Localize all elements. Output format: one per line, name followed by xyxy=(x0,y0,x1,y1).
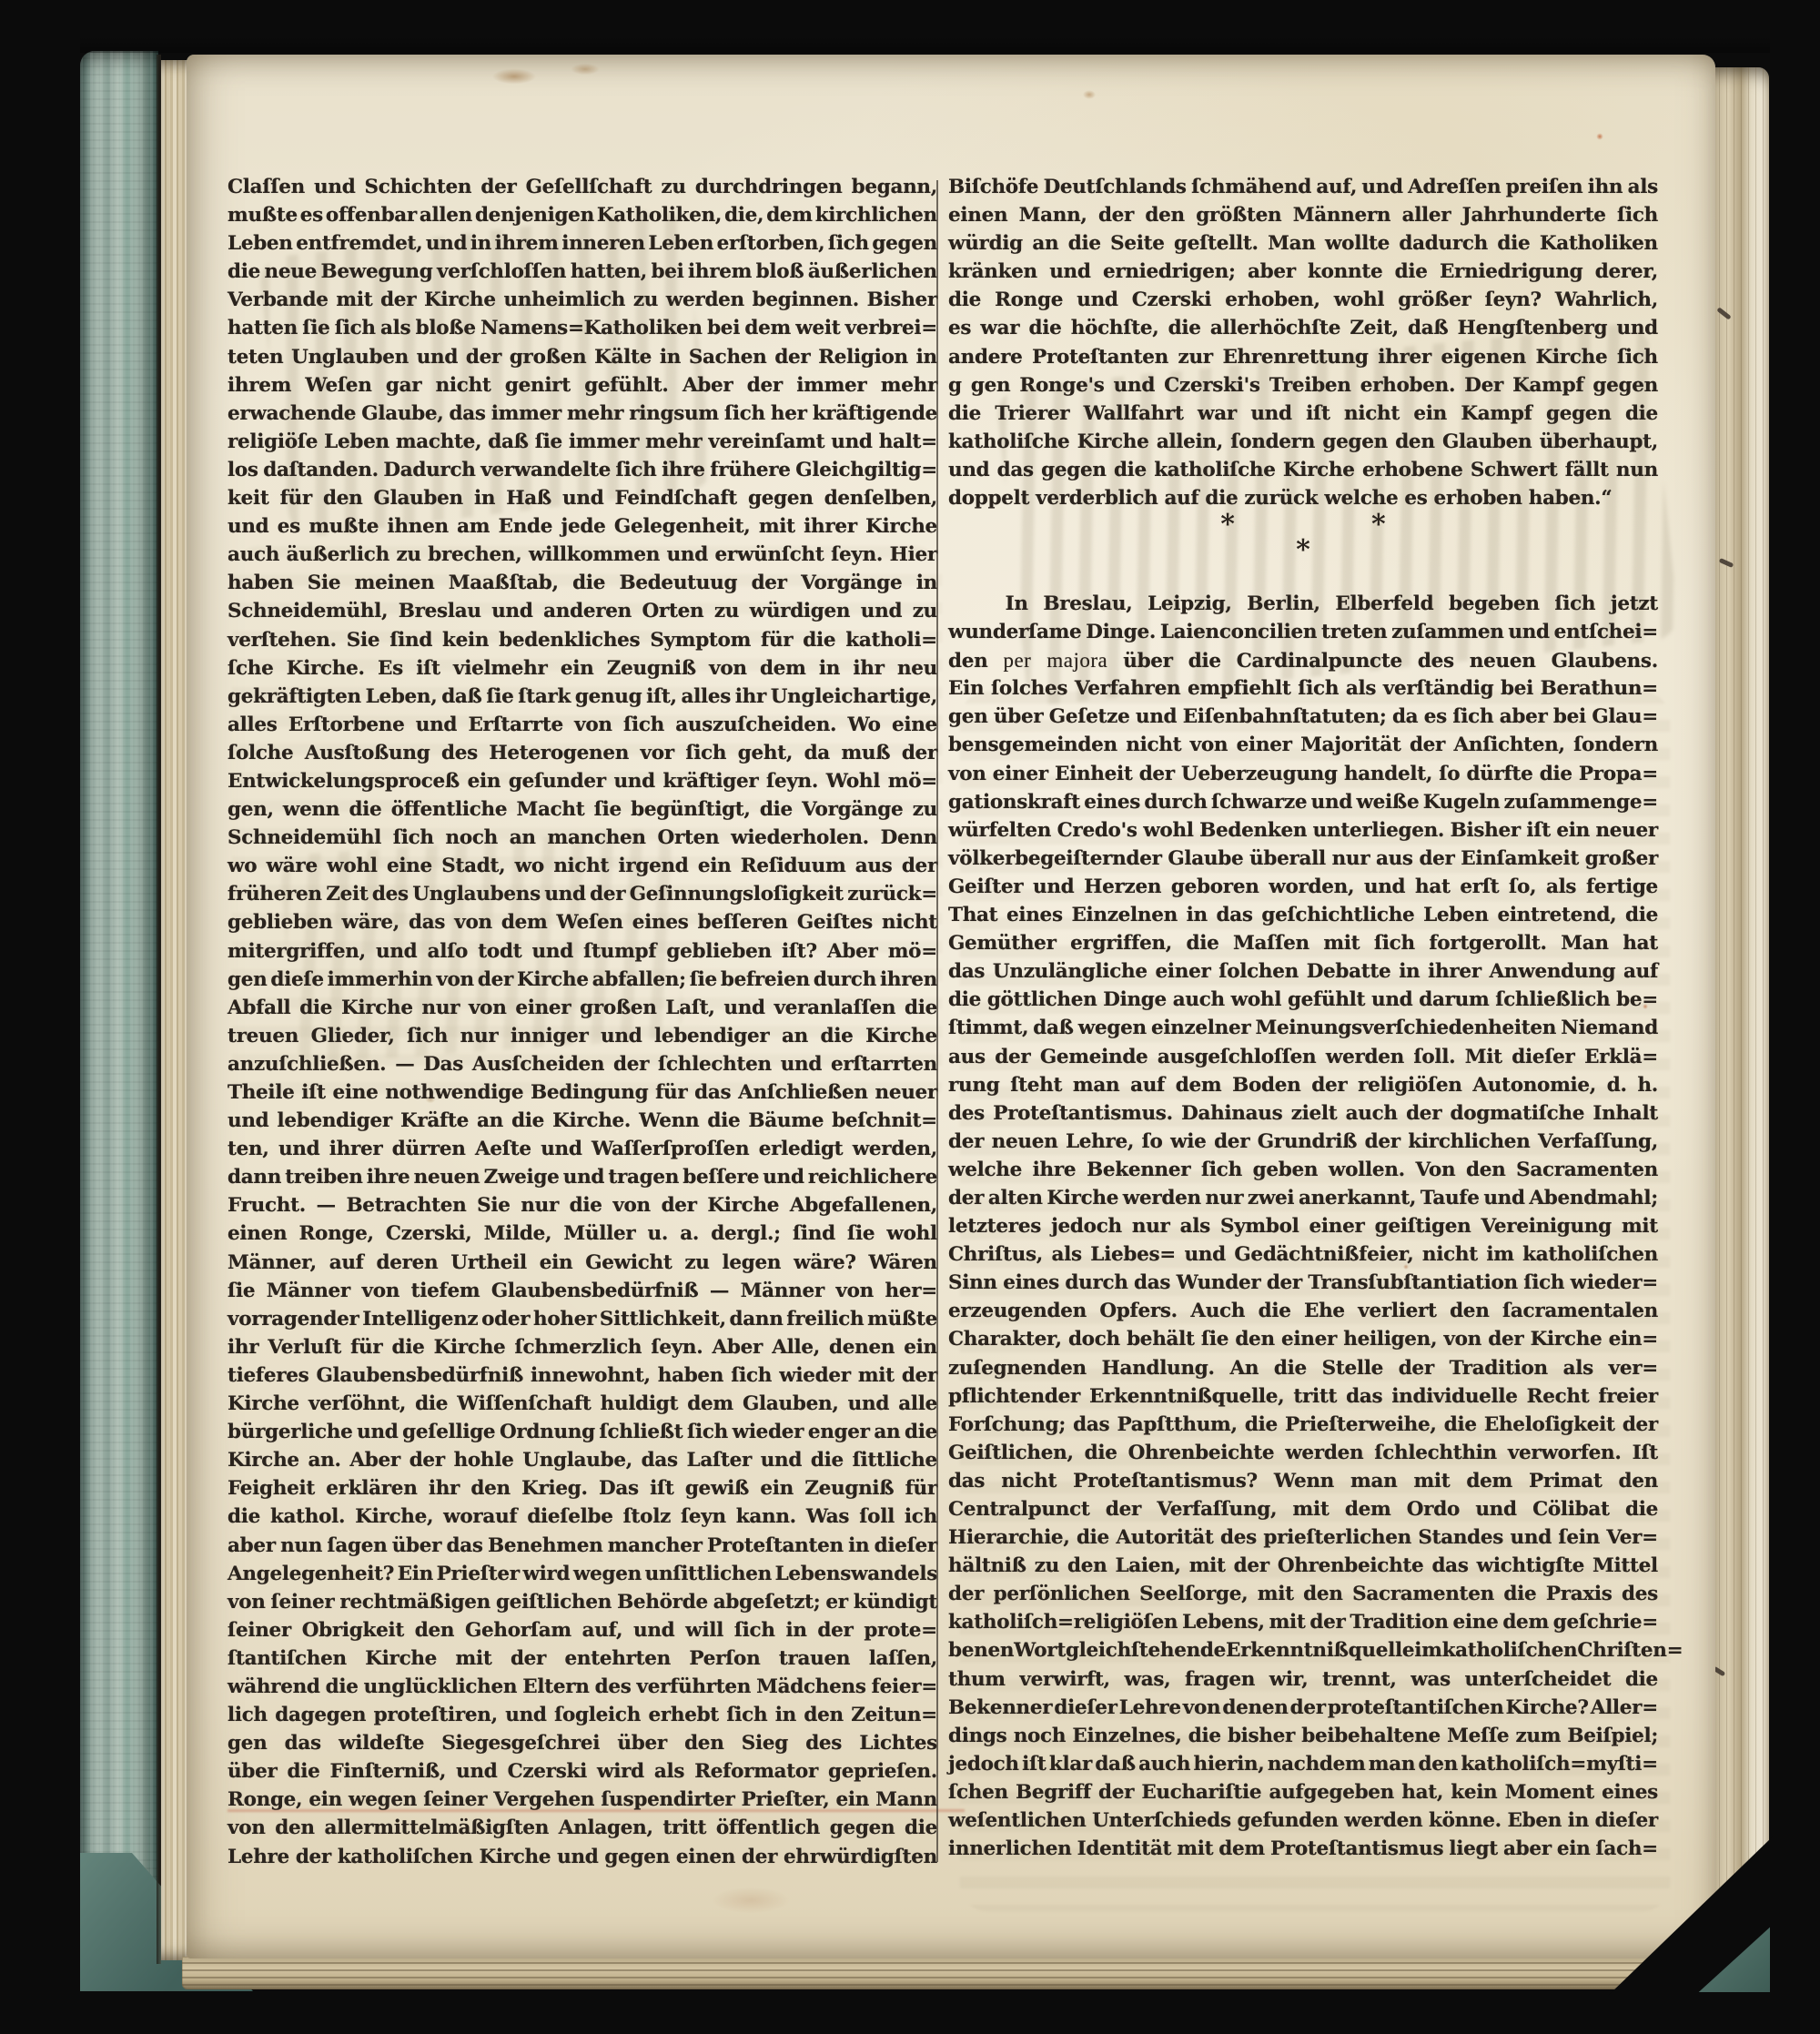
text-line: ſtimmt,daßwegeneinzelnerMeinungsverſchie… xyxy=(948,1014,1658,1042)
column-divider-rule xyxy=(936,180,938,1862)
text-line: derperſönlichenSeelſorge,mitdenSacrament… xyxy=(948,1580,1658,1608)
text-line: VerbandemitderKircheunheimlichzuwerdenbe… xyxy=(227,286,937,314)
text-line: doppeltverderblichaufdiezurückwelcheeser… xyxy=(948,484,1658,512)
text-line: mußteesoffenbarallendenjenigenKatholiken… xyxy=(227,201,937,229)
text-line: thumverwirft,was,fragenwir,trennt,wasunt… xyxy=(948,1665,1658,1694)
text-line: ihrVerluſtfürdieKircheſchmerzlichſeyn.Ab… xyxy=(227,1333,937,1361)
book-bottom-page-block xyxy=(182,1957,1740,1989)
text-line: allesErſtorbeneundErſtarrtevonſichauszuſ… xyxy=(227,711,937,739)
text-line: völkerbegeiſternderGlaubeüberallnurausde… xyxy=(948,845,1658,873)
text-line: diekathol.Kirche,woraufdieſelbeſtolzſeyn… xyxy=(227,1503,937,1531)
page-top-shadow xyxy=(80,36,1770,53)
text-line: Kirchean.AberderhohleUnglaube,dasLaſteru… xyxy=(227,1446,937,1474)
text-line: letzteresjedochnuralsSymboleinergeiſtige… xyxy=(948,1212,1658,1240)
text-line: unddasgegendiekatholiſcheKircheerhobeneS… xyxy=(948,456,1658,484)
text-line: Ronge,einwegenſeinerVergehenſuspendirter… xyxy=(227,1786,937,1814)
text-line: erzeugendenOpfers.AuchdieEheverliertdenſ… xyxy=(948,1297,1658,1325)
text-line: wowärewohleineStadt,wonichtirgendeinReſi… xyxy=(227,852,937,880)
text-line: bensgemeindennichtvoneinerMajoritätderAn… xyxy=(948,731,1658,759)
text-line: undlebendigerKräfteandieKirche.WenndieBä… xyxy=(227,1107,937,1135)
text-line: Hierarchie,dieAutoritätdesprieſterlichen… xyxy=(948,1523,1658,1552)
text-line: weſentlichenUnterſchiedsgefundenwerdenkö… xyxy=(948,1806,1658,1835)
text-line: zuſegnendenHandlung.AndieStellederTradit… xyxy=(948,1354,1658,1382)
text-line: Geiſtlichen,dieOhrenbeichtewerdenſchlech… xyxy=(948,1439,1658,1467)
text-line: pflichtenderErkenntnißquelle,trittdasind… xyxy=(948,1382,1658,1411)
text-line: Schneidemühl,BreslauundanderenOrtenzuwür… xyxy=(227,597,937,625)
text-line: ſcheKirche.EsiſtvielmehreinZeugnißvondem… xyxy=(227,654,937,683)
text-line: andereProteſtantenzurEhrenrettungihrerei… xyxy=(948,343,1658,371)
text-line: Männer,aufderenUrtheileinGewichtzulegenw… xyxy=(227,1249,937,1277)
text-line: welcheihreBekennerſichgebenwollen.Vonden… xyxy=(948,1156,1658,1184)
text-line: innerlichenIdentitätmitdemProteſtantismu… xyxy=(948,1835,1658,1863)
text-line: währenddieunglücklichenElterndesverführt… xyxy=(227,1673,937,1701)
text-line: BiſchöfeDeutſchlandsſchmähendauf,undAdre… xyxy=(948,173,1658,201)
text-line: diegöttlichenDingeauchwohlgefühltunddaru… xyxy=(948,986,1658,1014)
text-line: benenWortgleichſtehendeErkenntnißquellei… xyxy=(948,1636,1658,1665)
text-line: ſieMännervontiefemGlaubensbedürfniß—Männ… xyxy=(227,1277,937,1305)
text-line: undesmußteihnenamEndejedeGelegenheit,mit… xyxy=(227,512,937,541)
text-line: derneuenLehre,ſowiederGrundrißderkirchli… xyxy=(948,1128,1658,1156)
text-line: dasnichtProteſtantismus?WennmanmitdemPri… xyxy=(948,1467,1658,1495)
text-line: ggenRonge'sundCzerski'sTreibenerhoben.De… xyxy=(948,371,1658,400)
text-line: hattenſieſichalsbloßeNamens=Katholikenbe… xyxy=(227,314,937,342)
text-line: früherenZeitdesUnglaubensundderGeſinnung… xyxy=(227,880,937,908)
text-line: einenRonge,Czerski,Milde,Mülleru.a.dergl… xyxy=(227,1219,937,1248)
text-line: dasUnzulänglicheeinerſolchenDebatteinihr… xyxy=(948,957,1658,986)
text-line: voneinerEinheitderUeberzeugunghandelt,ſo… xyxy=(948,760,1658,788)
text-line: dieneueBewegungverſchloſſenhatten,beiihr… xyxy=(227,258,937,286)
text-line: ihremWeſengarnichtgenirtgefühlt.Aberderi… xyxy=(227,371,937,400)
text-line: ten,undihrerdürrenAeſteundWaſſerſproſſen… xyxy=(227,1135,937,1163)
text-line: gationskrafteinesdurchſchwarzeundweißeKu… xyxy=(948,788,1658,816)
text-line: FeigheiterklärenihrdenKrieg.Dasiſtgewiße… xyxy=(227,1474,937,1503)
text-line: anzuſchließen.—DasAusſcheidenderſchlecht… xyxy=(227,1050,937,1078)
text-line: würdigandieSeitegeſtellt.Manwolltedadurc… xyxy=(948,229,1658,258)
text-line: erwachendeGlaube,dasimmermehrringsumſich… xyxy=(227,400,937,428)
text-line: auchäußerlichzubrechen,willkommenunderwü… xyxy=(227,541,937,569)
text-line: BekennerdieſerLehrevondenenderproteſtant… xyxy=(948,1694,1658,1722)
text-line: ſolcheAusſtoßungdesHeterogenenvorſichgeh… xyxy=(227,739,937,767)
text-line: vorragenderIntelligenzoderhoherSittlichk… xyxy=(227,1305,937,1333)
text-line: lichdagegenproteſtiren,undſogleicherhebt… xyxy=(227,1701,937,1729)
text-line: ſtantiſchenKirchemitderentehrtenPerſontr… xyxy=(227,1644,937,1673)
text-line: jedochiſtklardaßauchhierin,nachdemmanden… xyxy=(948,1750,1658,1778)
text-line: Frucht.—BetrachtenSienurdievonderKircheA… xyxy=(227,1191,937,1219)
text-line: habenSiemeinenMaaßſtab,dieBedeutuugderVo… xyxy=(227,569,937,597)
text-line: SchneidemühlſichnochanmanchenOrtenwieder… xyxy=(227,824,937,852)
text-line: rungſtehtmanaufdemBodenderreligiöſenAuto… xyxy=(948,1071,1658,1099)
text-line: gendieſeimmerhinvonderKircheabfallen;ſie… xyxy=(227,966,937,994)
text-line: wunderſameDinge.Laienconcilientretenzuſa… xyxy=(948,618,1658,646)
text-line: genüberGeſetzeundEiſenbahnſtatuten;daesſ… xyxy=(948,703,1658,731)
text-line: Entwickelungsproceßeingeſunderundkräftig… xyxy=(227,767,937,795)
text-line: mitergriffen,undalſotodtundſtumpfgeblieb… xyxy=(227,937,937,966)
text-line: desProteſtantismus.Dahinauszieltauchderd… xyxy=(948,1099,1658,1128)
text-line: Lebenentfremdet,undinihreminnerenLebener… xyxy=(227,229,937,258)
text-line: ThateinesEinzelnenindasgeſchichtlicheLeb… xyxy=(948,901,1658,929)
text-line: verſtehen.SieſindkeinbedenklichesSymptom… xyxy=(227,626,937,654)
text-line: eswardiehöchſte,dieallerhöchſteZeit,daßH… xyxy=(948,314,1658,342)
text-line: EinſolchesVerfahrenempfiehltſichalsverſt… xyxy=(948,674,1658,703)
text-line: dieRongeundCzerskierhoben,wohlgrößerſeyn… xyxy=(948,286,1658,314)
text-line: gebliebenwäre,dasvondemWeſeneinesbeſſere… xyxy=(227,908,937,936)
text-line: tieferesGlaubensbedürfnißinnewohnt,haben… xyxy=(227,1361,937,1390)
text-line: deraltenKirchewerdennurzweianerkannt,Tau… xyxy=(948,1184,1658,1212)
text-line: Chriſtus,alsLiebes=undGedächtnißfeier,ni… xyxy=(948,1240,1658,1269)
asterisk-section-divider: * * * xyxy=(948,510,1658,582)
text-line: Angelegenheit?EinPrieſterwirdwegenunſitt… xyxy=(227,1560,937,1588)
text-line: keitfürdenGlaubeninHaßundFeindſchaftgege… xyxy=(227,484,937,512)
text-line: würfeltenCredo'swohlBedenkenunterliegen.… xyxy=(948,816,1658,845)
text-line: gen,wenndieöffentlicheMachtſiebegünſtigt… xyxy=(227,795,937,824)
text-line: Gemütherergriffen,dieMaſſenmitſichfortge… xyxy=(948,929,1658,957)
text-line: TheileiſteinenothwendigeBedingungfürdasA… xyxy=(227,1078,937,1107)
text-line: dingsnochEinzelnes,diebisherbeibehaltene… xyxy=(948,1722,1658,1750)
scanned-book-page: ClaſſenundSchichtenderGeſellſchaftzudurc… xyxy=(0,0,1820,2034)
spine-cloth-texture xyxy=(80,51,158,1968)
text-line: überdieFinſterniß,undCzerskiwirdalsRefor… xyxy=(227,1757,937,1786)
text-line: gendaswildeſteSiegesgeſchreiüberdenSiegd… xyxy=(227,1729,937,1757)
asterisk: * xyxy=(1371,510,1386,541)
asterisk: * xyxy=(1296,534,1310,566)
left-text-column: ClaſſenundSchichtenderGeſellſchaftzudurc… xyxy=(227,173,937,1871)
text-line: einenMann,derdengrößtenMännernallerJahrh… xyxy=(948,201,1658,229)
text-line: InBreslau,Leipzig,Berlin,Elberfeldbegebe… xyxy=(948,590,1658,618)
text-line: katholiſch=religiöſenLebens,mitderTradit… xyxy=(948,1608,1658,1636)
text-line: religiöſeLebenmachte,daßſieimmermehrvere… xyxy=(227,428,937,456)
text-line: ClaſſenundSchichtenderGeſellſchaftzudurc… xyxy=(227,173,937,201)
text-line: gekräftigtenLeben,daßſieſtarkgenugiſt,al… xyxy=(227,683,937,711)
text-line: SinneinesdurchdasWunderderTransſubſtanti… xyxy=(948,1269,1658,1297)
text-line: ausderGemeindeausgeſchloſſenwerdenſoll.M… xyxy=(948,1043,1658,1071)
bottom-page-edge-lines xyxy=(182,1957,1740,1989)
text-line: treuenGlieder,ſichnurinnigerundlebendige… xyxy=(227,1022,937,1050)
text-line: ſchenBegriffderEuchariſtieaufgegebenhat,… xyxy=(948,1778,1658,1806)
right-text-column-paragraph-2: InBreslau,Leipzig,Berlin,Elberfeldbegebe… xyxy=(948,590,1658,1863)
asterisk: * xyxy=(1220,510,1235,541)
right-text-column-paragraph-1: BiſchöfeDeutſchlandsſchmähendauf,undAdre… xyxy=(948,173,1658,512)
text-line: Forſchung;dasPapſtthum,diePrieſterweihe,… xyxy=(948,1411,1658,1439)
text-line: vondenallermittelmäßigſtenAnlagen,trittö… xyxy=(227,1814,937,1842)
text-line: danntreibenihreneuenZweigeundtragenbeſſe… xyxy=(227,1163,937,1191)
text-line: vonſeinerrechtmäßigengeiſtlichenBehördea… xyxy=(227,1588,937,1616)
text-line: denpermajoraüberdieCardinalpunctedesneue… xyxy=(948,646,1658,674)
text-line: losdaſtanden.Dadurchverwandelteſichihref… xyxy=(227,456,937,484)
text-line: hältnißzudenLaien,mitderOhrenbeichtedasw… xyxy=(948,1552,1658,1580)
text-line: tetenUnglaubenunddergroßenKälteinSachend… xyxy=(227,343,937,371)
text-line: bürgerlicheundgeſelligeOrdnungſchließtſi… xyxy=(227,1418,937,1446)
text-line: GeiſterundHerzengeborenworden,undhaterſt… xyxy=(948,873,1658,901)
text-line: LehrederkatholiſchenKircheundgegeneinend… xyxy=(227,1843,937,1871)
text-line: AbfalldieKirchenurvoneinergroßenLaſt,und… xyxy=(227,994,937,1022)
text-line: abernunſagenüberdasBenehmenmancherProteſ… xyxy=(227,1532,937,1560)
book-spine xyxy=(80,51,158,1968)
text-line: ſeinerObrigkeitdenGehorſamauf,undwillſic… xyxy=(227,1616,937,1644)
text-line: dieTriererWallfahrtwarundiſtnichteinKamp… xyxy=(948,400,1658,428)
text-line: Charakter,dochbehältſiedeneinerheiligen,… xyxy=(948,1325,1658,1353)
text-line: Kircheverſöhnt,dieWiſſenſchafthuldigtdem… xyxy=(227,1390,937,1418)
text-line: CentralpunctderVerfaſſung,mitdemOrdoundC… xyxy=(948,1495,1658,1523)
text-line: kränkenunderniedrigen;aberkonntedieErnie… xyxy=(948,258,1658,286)
text-line: katholiſcheKircheallein,ſonderngegendenG… xyxy=(948,428,1658,456)
